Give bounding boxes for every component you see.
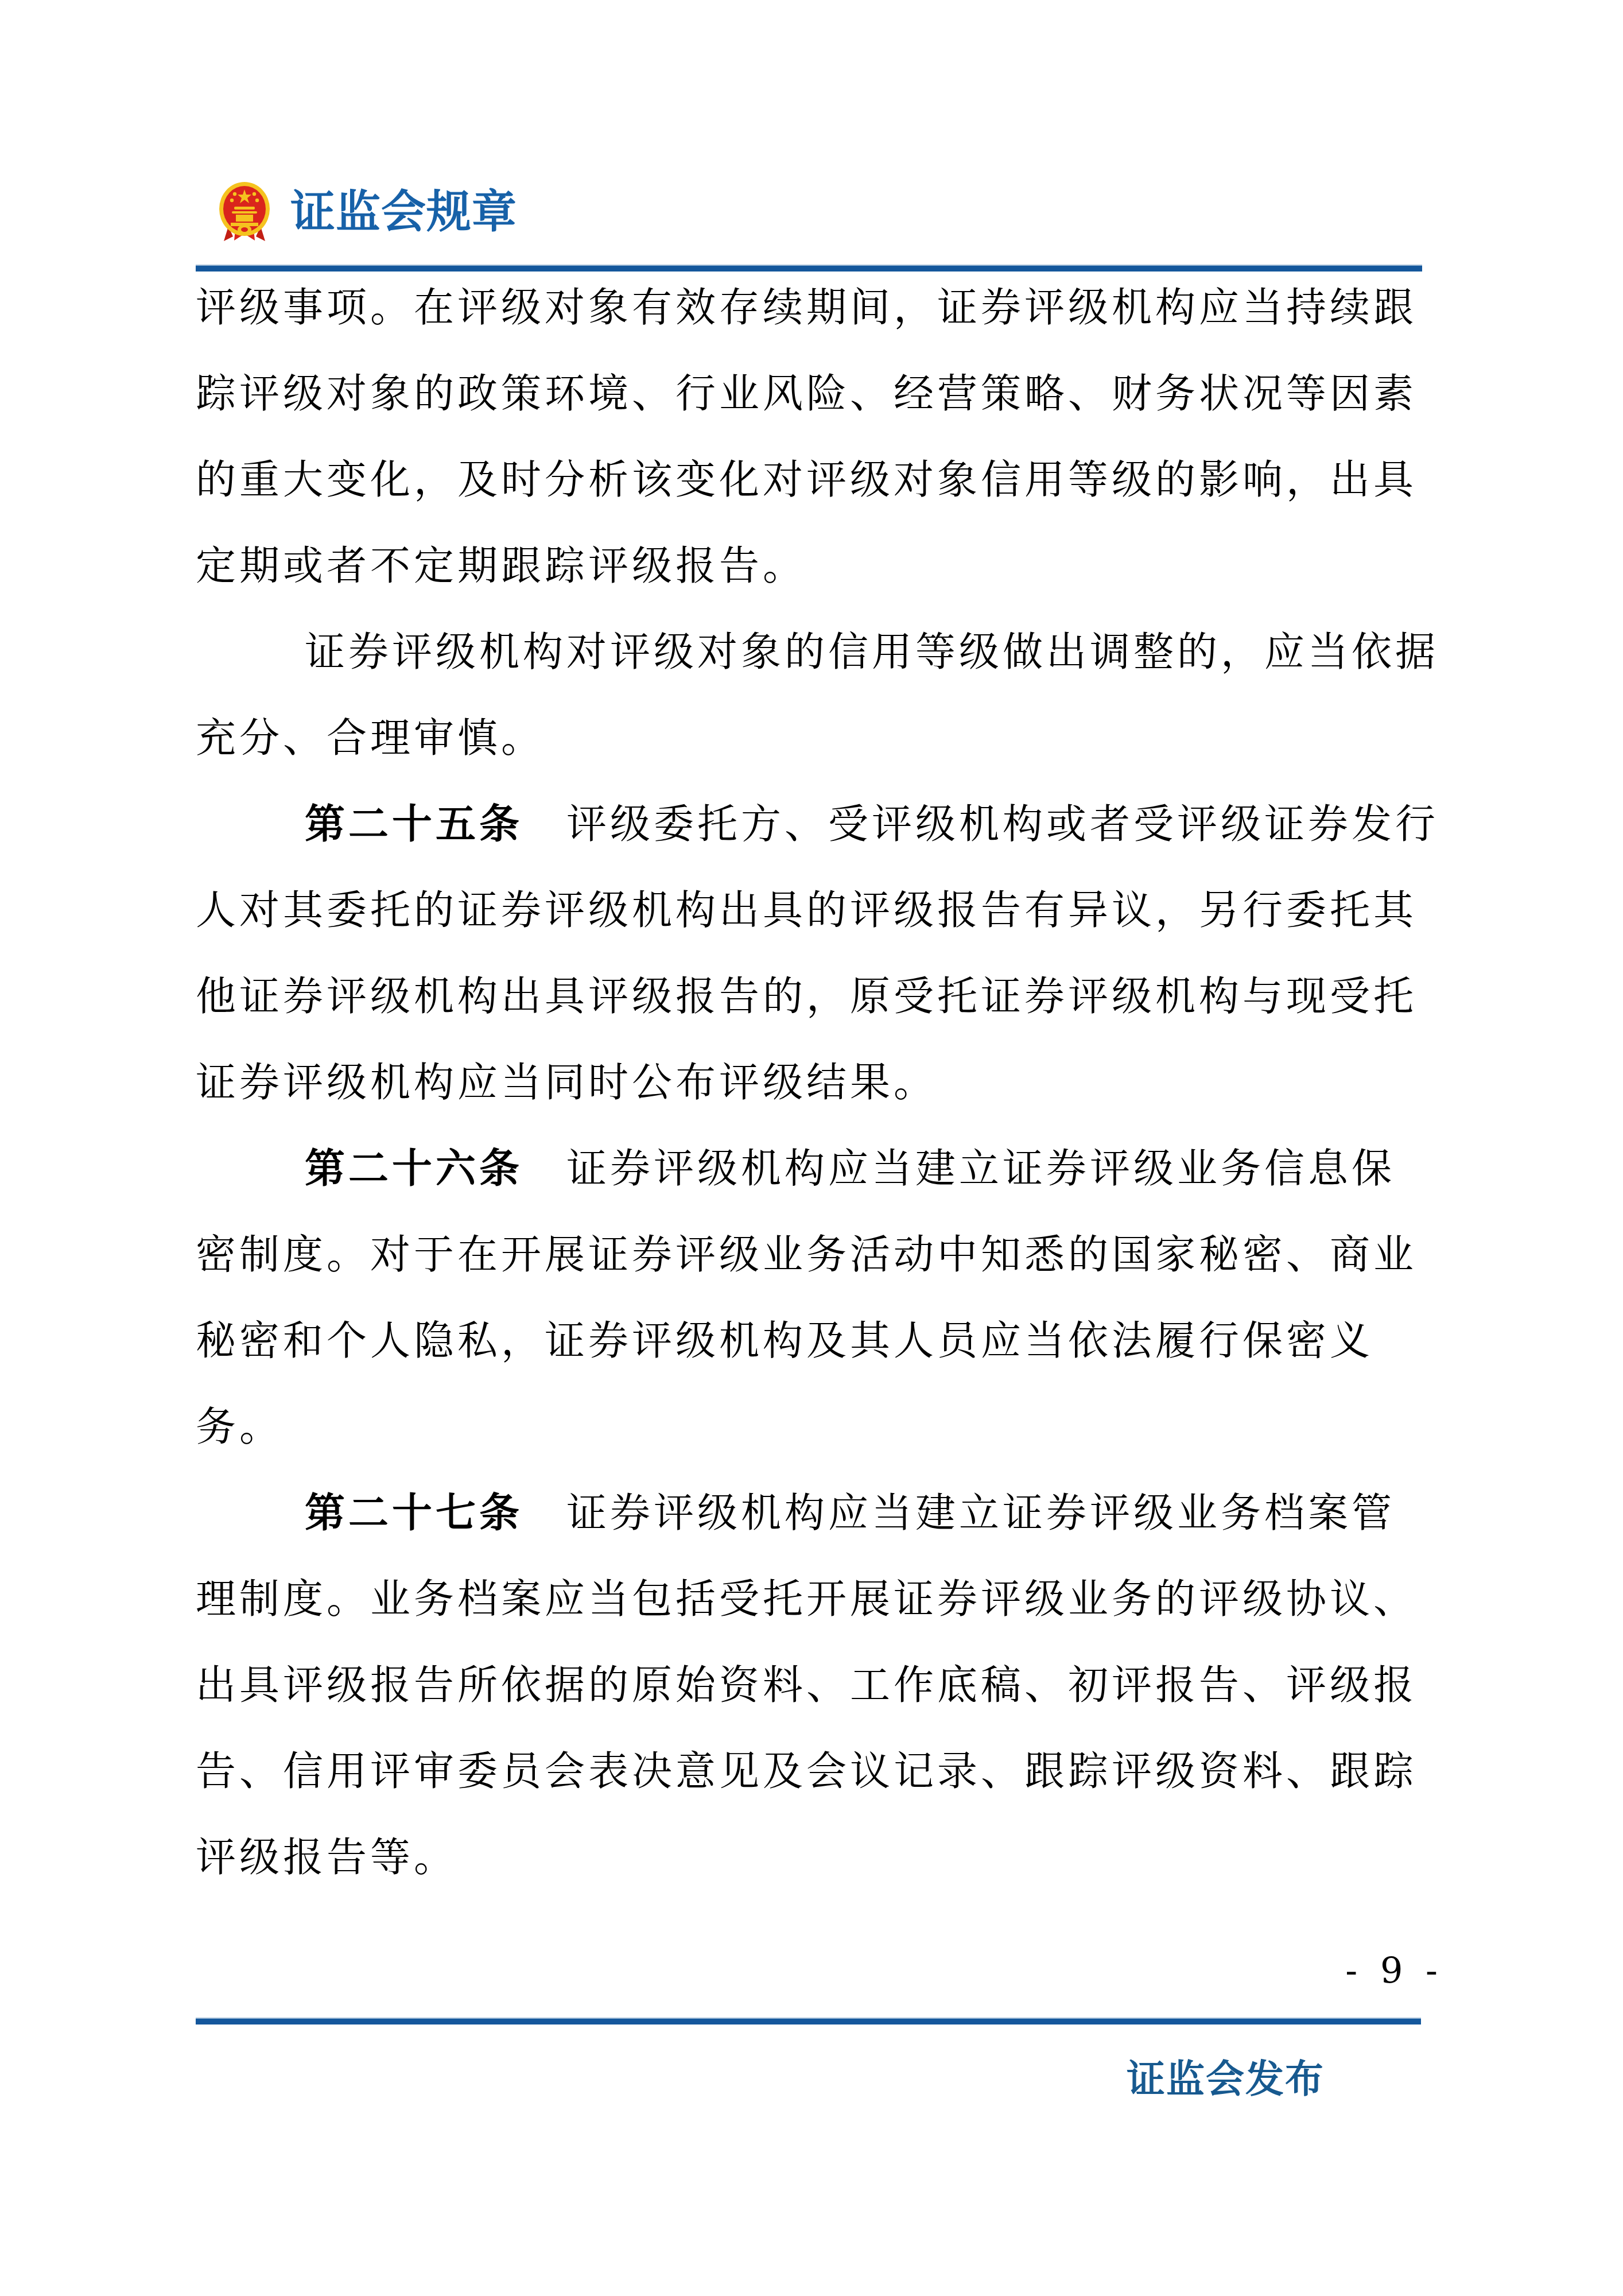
body-line: 秘密和个人隐私，证券评级机构及其人员应当依法履行保密义 [196, 1299, 1470, 1385]
body-line: 第二十五条评级委托方、受评级机构或者受评级证券发行 [196, 782, 1470, 868]
body-line-text: 密制度。对于在开展证券评级业务活动中知悉的国家秘密、商业 [196, 1234, 1417, 1278]
body-line: 评级报告等。 [196, 1816, 1470, 1902]
body-line: 充分、合理审慎。 [196, 696, 1470, 782]
body-line-text: 评级报告等。 [196, 1836, 457, 1880]
body-line-text: 理制度。业务档案应当包括受托开展证券评级业务的评级协议、 [196, 1578, 1417, 1622]
body-line-text: 踪评级对象的政策环境、行业风险、经营策略、财务状况等因素 [196, 373, 1417, 417]
body-line: 出具评级报告所依据的原始资料、工作底稿、初评报告、评级报 [196, 1643, 1470, 1729]
body-line: 理制度。业务档案应当包括受托开展证券评级业务的评级协议、 [196, 1557, 1470, 1643]
body-line: 证券评级机构应当同时公布评级结果。 [196, 1041, 1470, 1127]
body-line-text: 定期或者不定期跟踪评级报告。 [196, 545, 806, 589]
article-number-heading: 第二十五条 [305, 803, 523, 847]
body-line: 第二十七条证券评级机构应当建立证券评级业务档案管 [196, 1471, 1470, 1557]
body-line-text: 出具评级报告所依据的原始资料、工作底稿、初评报告、评级报 [196, 1664, 1417, 1708]
article-number-heading: 第二十六条 [305, 1147, 523, 1192]
body-line-text: 秘密和个人隐私，证券评级机构及其人员应当依法履行保密义 [196, 1320, 1373, 1364]
footer-divider [196, 2018, 1421, 2024]
body-line: 密制度。对于在开展证券评级业务活动中知悉的国家秘密、商业 [196, 1213, 1470, 1299]
body-line-text: 他证券评级机构出具评级报告的，原受托证券评级机构与现受托 [196, 975, 1417, 1019]
body-line-text: 人对其委托的证券评级机构出具的评级报告有异议，另行委托其 [196, 889, 1417, 933]
body-line: 的重大变化，及时分析该变化对评级对象信用等级的影响，出具 [196, 438, 1470, 524]
china-national-emblem-icon [218, 181, 271, 242]
body-line-text: 务。 [196, 1406, 283, 1450]
body-line-text: 充分、合理审慎。 [196, 717, 545, 761]
body-line: 证券评级机构对评级对象的信用等级做出调整的，应当依据 [196, 610, 1470, 696]
document-page: 证监会规章 评级事项。在评级对象有效存续期间，证券评级机构应当持续跟踪评级对象的… [0, 0, 1623, 2296]
body-line-text: 证券评级机构对评级对象的信用等级做出调整的，应当依据 [305, 631, 1439, 675]
body-line: 人对其委托的证券评级机构出具的评级报告有异议，另行委托其 [196, 868, 1470, 955]
body-line-text: 评级委托方、受评级机构或者受评级证券发行 [566, 803, 1439, 847]
body-line-text: 告、信用评审委员会表决意见及会议记录、跟踪评级资料、跟踪 [196, 1750, 1417, 1794]
publisher-label: 证监会发布 [1127, 2055, 1325, 2104]
page-header-title: 证监会规章 [290, 188, 517, 236]
body-line-text: 证券评级机构应当建立证券评级业务信息保 [566, 1147, 1395, 1192]
body-line: 踪评级对象的政策环境、行业风险、经营策略、财务状况等因素 [196, 352, 1470, 438]
body-line: 定期或者不定期跟踪评级报告。 [196, 524, 1470, 610]
body-line-text: 证券评级机构应当建立证券评级业务档案管 [566, 1492, 1395, 1536]
page-number: - 9 - [1345, 1949, 1443, 1992]
body-line-text: 评级事项。在评级对象有效存续期间，证券评级机构应当持续跟 [196, 286, 1417, 331]
body-line: 评级事项。在评级对象有效存续期间，证券评级机构应当持续跟 [196, 266, 1470, 352]
body-line: 第二十六条证券评级机构应当建立证券评级业务信息保 [196, 1127, 1470, 1213]
body-line-text: 的重大变化，及时分析该变化对评级对象信用等级的影响，出具 [196, 459, 1417, 503]
body-line: 他证券评级机构出具评级报告的，原受托证券评级机构与现受托 [196, 955, 1470, 1041]
body-line: 告、信用评审委员会表决意见及会议记录、跟踪评级资料、跟踪 [196, 1729, 1470, 1816]
body-line-text: 证券评级机构应当同时公布评级结果。 [196, 1061, 937, 1106]
body-text: 评级事项。在评级对象有效存续期间，证券评级机构应当持续跟踪评级对象的政策环境、行… [196, 266, 1470, 1902]
body-line: 务。 [196, 1385, 1470, 1471]
article-number-heading: 第二十七条 [305, 1492, 523, 1536]
